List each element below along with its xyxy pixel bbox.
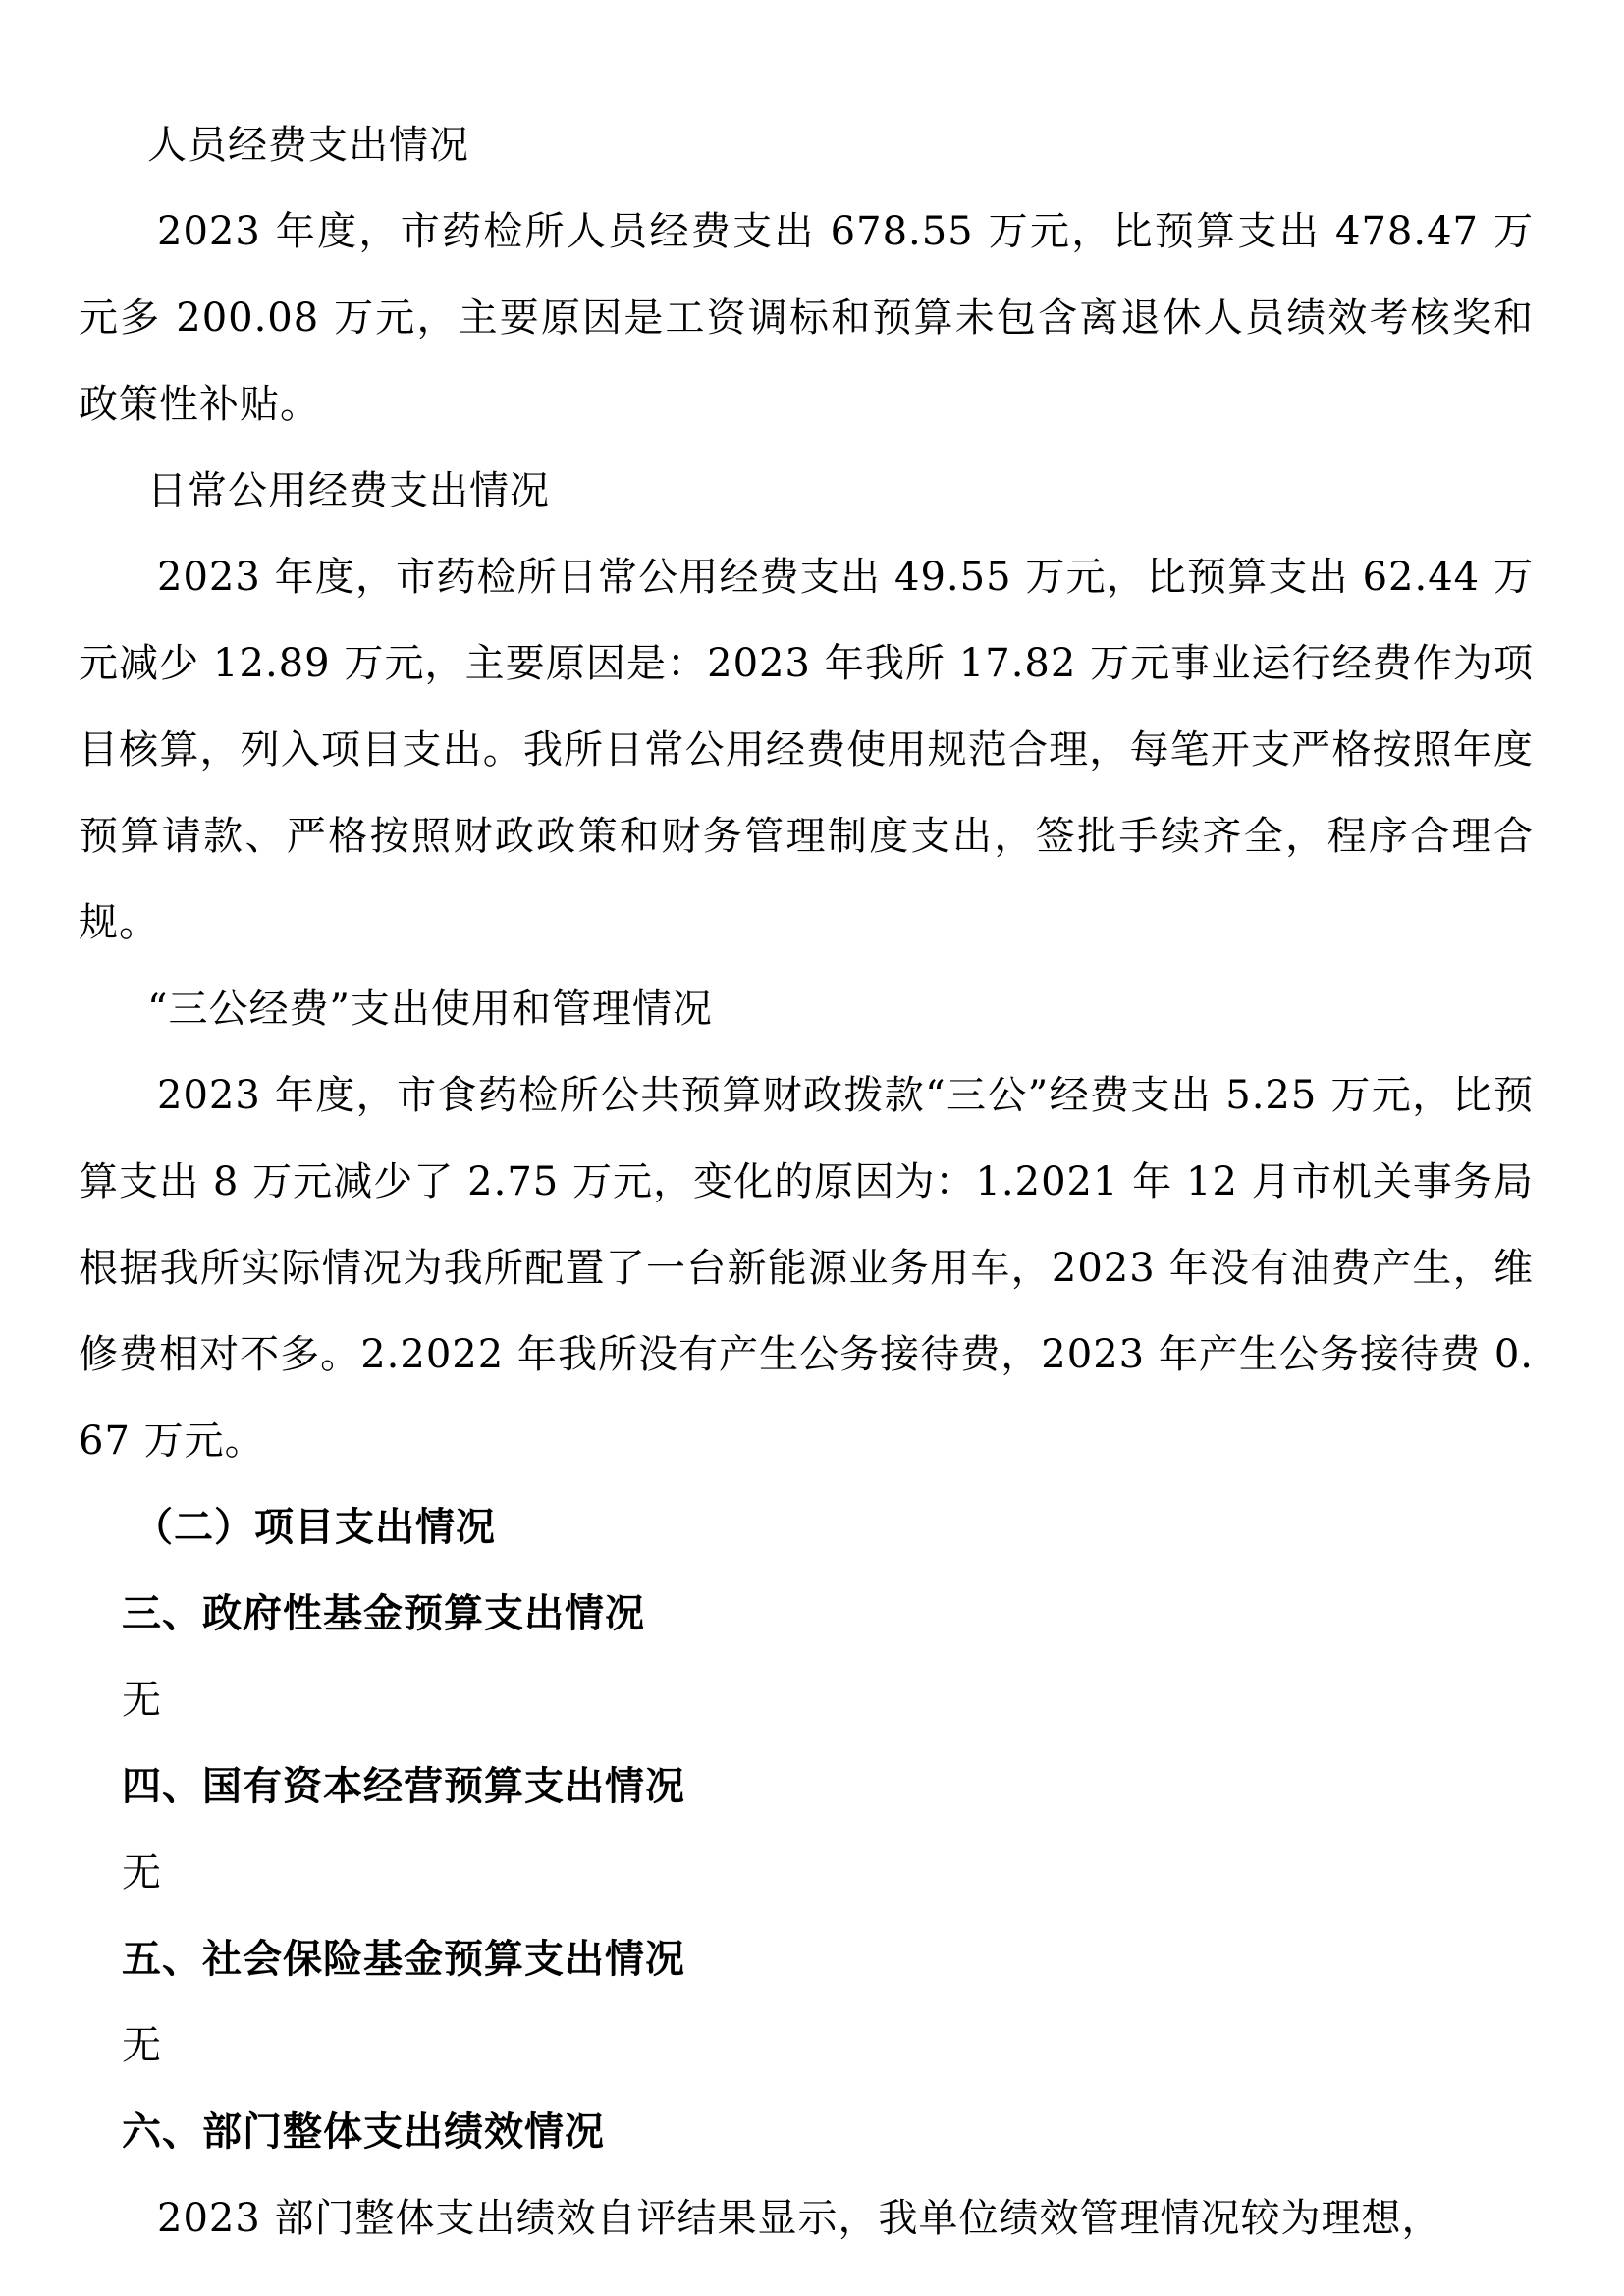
paragraph-three-public-funds-detail: 2023 年度，市食药检所公共预算财政拨款“三公”经费支出 5.25 万元，比预… [79,1052,1534,1484]
document-page: 人员经费支出情况 2023 年度，市药检所人员经费支出 678.55 万元，比预… [0,0,1624,2296]
subheading-personnel-expense: 人员经费支出情况 [79,102,1534,188]
none-text-government-fund: 无 [79,1657,1534,1743]
heading-social-insurance-budget: 五、社会保险基金预算支出情况 [79,1916,1534,2002]
heading-department-performance: 六、部门整体支出绩效情况 [79,2089,1534,2175]
heading-project-expense: （二）项目支出情况 [79,1484,1534,1571]
heading-state-capital-budget: 四、国有资本经营预算支出情况 [79,1743,1534,1830]
paragraph-daily-public-expense-detail: 2023 年度，市药检所日常公用经费支出 49.55 万元，比预算支出 62.4… [79,534,1534,966]
none-text-state-capital: 无 [79,1830,1534,1916]
subheading-three-public-funds: “三公经费”支出使用和管理情况 [79,966,1534,1052]
heading-government-fund-budget: 三、政府性基金预算支出情况 [79,1571,1534,1657]
paragraph-personnel-expense-detail: 2023 年度，市药检所人员经费支出 678.55 万元，比预算支出 478.4… [79,188,1534,448]
paragraph-performance-self-evaluation: 2023 部门整体支出绩效自评结果显示，我单位绩效管理情况较为理想， [79,2175,1534,2262]
none-text-social-insurance: 无 [79,2002,1534,2089]
subheading-daily-public-expense: 日常公用经费支出情况 [79,448,1534,534]
